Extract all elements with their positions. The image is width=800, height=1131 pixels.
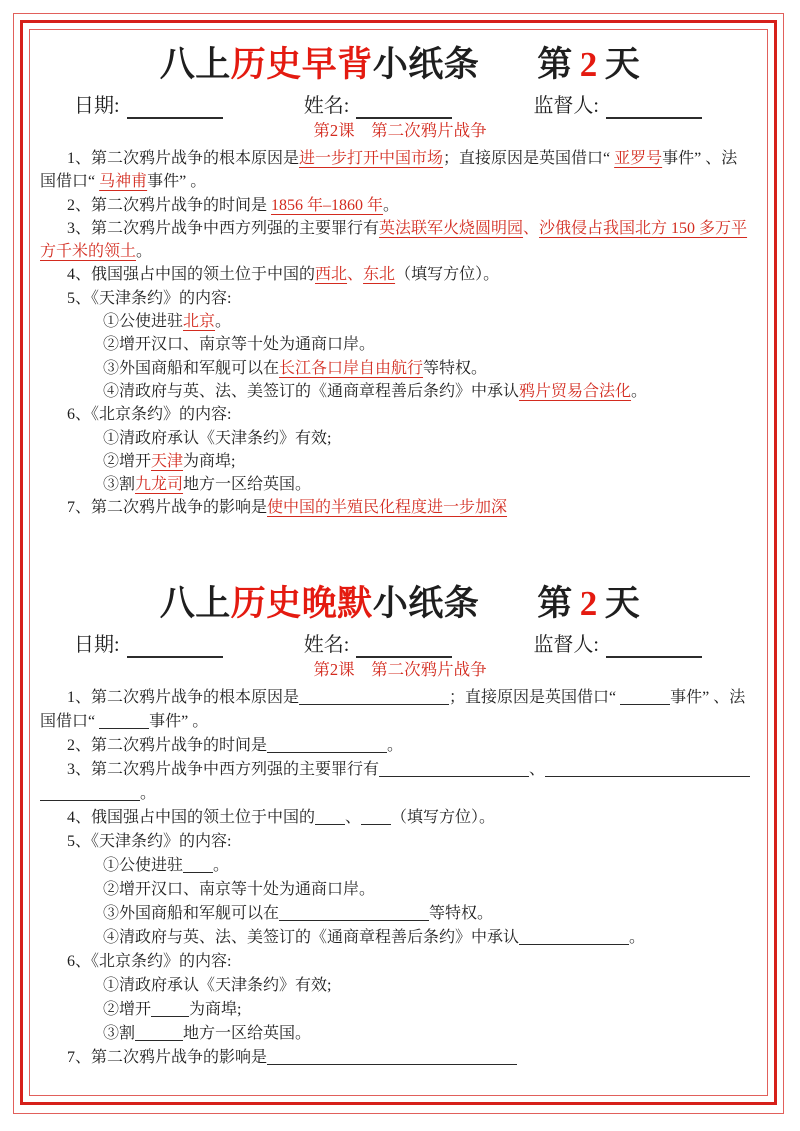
- text-segment: ③割: [103, 476, 135, 493]
- page-content: 八上历史早背小纸条第2天 日期: 姓名: 监督人: 第2课 第二次鸦片战争 1、…: [40, 30, 760, 1070]
- evening-dictation-section: 八上历史晚默小纸条第2天 日期: 姓名: 监督人: 第2课 第二次鸦片战争 1、…: [40, 569, 760, 1070]
- answer-segment: 、: [347, 266, 363, 283]
- name-label: 姓名:: [304, 93, 350, 119]
- answer-segment: 东北: [363, 266, 395, 283]
- fill-in-blank: [519, 932, 629, 945]
- name-field: 姓名:: [304, 93, 453, 119]
- content-line: ③割地方一区给英国。: [40, 1022, 760, 1046]
- text-segment: 地方一区给英国。: [183, 1025, 311, 1042]
- text-segment: 。: [136, 243, 152, 260]
- text-segment: 事件” 。: [147, 173, 206, 190]
- lesson-subtitle: 第2课 第二次鸦片战争: [40, 120, 760, 142]
- day-number: 2: [580, 45, 598, 84]
- day-label-post: 天: [605, 45, 641, 84]
- fill-in-blank: [315, 812, 345, 825]
- content-line: 4、俄国强占中国的领土位于中国的、（填写方位）。: [40, 806, 760, 830]
- text-segment: 。: [215, 313, 231, 330]
- text-segment: 。: [629, 929, 645, 946]
- section-body: 1、第二次鸦片战争的根本原因是；直接原因是英国借口“ 事件” 、法国借口“ 事件…: [40, 686, 760, 1070]
- name-blank: [356, 98, 452, 119]
- day-label-pre: 第: [537, 45, 573, 84]
- text-segment: ②增开: [103, 453, 151, 470]
- content-line: ②增开天津为商埠;: [40, 450, 760, 473]
- text-segment: 。: [140, 785, 156, 802]
- content-line: 4、俄国强占中国的领土位于中国的西北、东北（填写方位）。: [40, 263, 760, 286]
- text-segment: 国借口“: [40, 713, 99, 730]
- content-line: 5、《天津条约》的内容:: [40, 287, 760, 310]
- answer-segment: 使中国的半殖民化程度进一步加深: [267, 499, 507, 516]
- content-line: 7、第二次鸦片战争的影响是: [40, 1046, 760, 1070]
- text-segment: 3、第二次鸦片战争中西方列强的主要罪行有: [67, 761, 379, 778]
- content-line: ①公使进驻北京。: [40, 310, 760, 333]
- answer-segment: 马神甫: [99, 173, 147, 190]
- fill-in-blank: [99, 716, 149, 729]
- text-segment: 2、第二次鸦片战争的时间是: [67, 737, 267, 754]
- day-label-pre: 第: [537, 584, 573, 623]
- text-segment: 6、《北京条约》的内容:: [67, 406, 231, 423]
- header-fields: 日期: 姓名: 监督人:: [40, 87, 760, 119]
- text-segment: ①公使进驻: [103, 313, 183, 330]
- text-segment: ①清政府承认《天津条约》有效;: [103, 977, 331, 994]
- name-blank: [356, 637, 452, 658]
- date-field: 日期:: [74, 93, 223, 119]
- section-title: 八上历史早背小纸条第2天: [40, 30, 760, 87]
- text-segment: 地方一区给英国。: [183, 476, 311, 493]
- supervisor-blank: [606, 98, 702, 119]
- answer-segment: 沙俄侵占我国北方 150 多万平: [539, 220, 747, 237]
- text-segment: ②增开汉口、南京等十处为通商口岸。: [103, 336, 375, 353]
- content-line: 国借口“ 马神甫事件” 。: [40, 170, 760, 193]
- content-line: ①公使进驻。: [40, 854, 760, 878]
- content-line: ②增开为商埠;: [40, 998, 760, 1022]
- content-line: 2、第二次鸦片战争的时间是。: [40, 734, 760, 758]
- text-segment: 事件” 。: [149, 713, 208, 730]
- text-segment: 1、第二次鸦片战争的根本原因是: [67, 150, 299, 167]
- lesson-subtitle: 第2课 第二次鸦片战争: [40, 659, 760, 681]
- text-segment: ②增开: [103, 1001, 151, 1018]
- text-segment: 、: [345, 809, 361, 826]
- content-line: ①清政府承认《天津条约》有效;: [40, 427, 760, 450]
- text-segment: ④清政府与英、法、美签订的《通商章程善后条约》中承认: [103, 929, 519, 946]
- text-segment: 1、第二次鸦片战争的根本原因是: [67, 689, 299, 706]
- text-segment: ③割: [103, 1025, 135, 1042]
- text-segment: 3、第二次鸦片战争中西方列强的主要罪行有: [67, 220, 379, 237]
- text-segment: 、: [529, 761, 545, 778]
- text-segment: 4、俄国强占中国的领土位于中国的: [67, 809, 315, 826]
- name-field: 姓名:: [304, 632, 453, 658]
- title-text: 八上: [160, 584, 231, 623]
- fill-in-blank: [620, 692, 670, 705]
- date-blank: [127, 637, 223, 658]
- morning-recite-section: 八上历史早背小纸条第2天 日期: 姓名: 监督人: 第2课 第二次鸦片战争 1、…: [40, 30, 760, 520]
- section-body: 1、第二次鸦片战争的根本原因是进一步打开中国市场；直接原因是英国借口“ 亚罗号事…: [40, 147, 760, 520]
- fill-in-blank: [299, 692, 449, 705]
- answer-segment: 西北: [315, 266, 347, 283]
- content-line: 2、第二次鸦片战争的时间是 1856 年–1860 年。: [40, 194, 760, 217]
- answer-segment: 北京: [183, 313, 215, 330]
- text-segment: 7、第二次鸦片战争的影响是: [67, 1049, 267, 1066]
- supervisor-blank: [606, 637, 702, 658]
- text-segment: 国借口“: [40, 173, 99, 190]
- text-segment: ③外国商船和军舰可以在: [103, 905, 279, 922]
- answer-segment: 九龙司: [135, 476, 183, 493]
- text-segment: 事件” 、法: [670, 689, 745, 706]
- day-number: 2: [580, 584, 598, 623]
- fill-in-blank: [545, 764, 750, 777]
- fill-in-blank: [361, 812, 391, 825]
- content-line: 3、第二次鸦片战争中西方列强的主要罪行有、: [40, 758, 760, 782]
- text-segment: 6、《北京条约》的内容:: [67, 953, 231, 970]
- date-blank: [127, 98, 223, 119]
- content-line: 7、第二次鸦片战争的影响是使中国的半殖民化程度进一步加深: [40, 496, 760, 519]
- text-segment: 为商埠;: [183, 453, 235, 470]
- text-segment: ③外国商船和军舰可以在: [103, 360, 279, 377]
- text-segment: 。: [383, 197, 399, 214]
- supervisor-label: 监督人:: [533, 632, 599, 658]
- text-segment: （填写方位）。: [395, 266, 499, 283]
- date-label: 日期:: [74, 632, 120, 658]
- content-line: ④清政府与英、法、美签订的《通商章程善后条约》中承认。: [40, 926, 760, 950]
- content-line: ③外国商船和军舰可以在等特权。: [40, 902, 760, 926]
- supervisor-field: 监督人:: [533, 93, 702, 119]
- text-segment: （填写方位）。: [391, 809, 495, 826]
- answer-segment: 长江各口岸自由航行: [279, 360, 423, 377]
- text-segment: 。: [213, 857, 229, 874]
- text-segment: 事件” 、法: [662, 150, 737, 167]
- title-text: 小纸条: [373, 584, 480, 623]
- content-line: ②增开汉口、南京等十处为通商口岸。: [40, 333, 760, 356]
- fill-in-blank: [267, 1052, 517, 1065]
- text-segment: 。: [387, 737, 403, 754]
- content-line: 方千米的领土。: [40, 240, 760, 263]
- content-line: 国借口“ 事件” 。: [40, 710, 760, 734]
- text-segment: 。: [631, 383, 647, 400]
- answer-segment: 、: [523, 220, 539, 237]
- supervisor-field: 监督人:: [533, 632, 702, 658]
- date-field: 日期:: [74, 632, 223, 658]
- content-line: 5、《天津条约》的内容:: [40, 830, 760, 854]
- answer-segment: 方千米的领土: [40, 243, 136, 260]
- text-segment: 为商埠;: [189, 1001, 241, 1018]
- fill-in-blank: [379, 764, 529, 777]
- text-segment: ；直接原因是英国借口“: [449, 689, 620, 706]
- content-line: ②增开汉口、南京等十处为通商口岸。: [40, 878, 760, 902]
- text-segment: ；直接原因是英国借口“: [443, 150, 614, 167]
- content-line: ④清政府与英、法、美签订的《通商章程善后条约》中承认鸦片贸易合法化。: [40, 380, 760, 403]
- title-highlight: 历史早背: [231, 45, 373, 84]
- fill-in-blank: [279, 908, 429, 921]
- text-segment: 5、《天津条约》的内容:: [67, 833, 231, 850]
- text-segment: ①清政府承认《天津条约》有效;: [103, 430, 331, 447]
- text-segment: 5、《天津条约》的内容:: [67, 290, 231, 307]
- answer-segment: 进一步打开中国市场: [299, 150, 443, 167]
- fill-in-blank: [40, 788, 140, 801]
- content-line: 6、《北京条约》的内容:: [40, 950, 760, 974]
- answer-segment: 天津: [151, 453, 183, 470]
- text-segment: 等特权。: [423, 360, 487, 377]
- text-segment: ④清政府与英、法、美签订的《通商章程善后条约》中承认: [103, 383, 519, 400]
- content-line: 1、第二次鸦片战争的根本原因是进一步打开中国市场；直接原因是英国借口“ 亚罗号事…: [40, 147, 760, 170]
- text-segment: 7、第二次鸦片战争的影响是: [67, 499, 267, 516]
- answer-segment: 英法联军火烧圆明园: [379, 220, 523, 237]
- title-highlight: 历史晚默: [231, 584, 373, 623]
- answer-segment: 1856 年–1860 年: [271, 197, 383, 214]
- study-sheet-page: 八上历史早背小纸条第2天 日期: 姓名: 监督人: 第2课 第二次鸦片战争 1、…: [0, 0, 800, 1131]
- text-segment: ①公使进驻: [103, 857, 183, 874]
- content-line: 1、第二次鸦片战争的根本原因是；直接原因是英国借口“ 事件” 、法: [40, 686, 760, 710]
- day-label-post: 天: [605, 584, 641, 623]
- content-line: 。: [40, 782, 760, 806]
- text-segment: 4、俄国强占中国的领土位于中国的: [67, 266, 315, 283]
- answer-segment: 亚罗号: [614, 150, 662, 167]
- header-fields: 日期: 姓名: 监督人:: [40, 626, 760, 658]
- content-line: 3、第二次鸦片战争中西方列强的主要罪行有英法联军火烧圆明园、沙俄侵占我国北方 1…: [40, 217, 760, 240]
- answer-segment: 鸦片贸易合法化: [519, 383, 631, 400]
- text-segment: 2、第二次鸦片战争的时间是: [67, 197, 271, 214]
- fill-in-blank: [135, 1028, 183, 1041]
- fill-in-blank: [183, 860, 213, 873]
- name-label: 姓名:: [304, 632, 350, 658]
- supervisor-label: 监督人:: [533, 93, 599, 119]
- text-segment: 等特权。: [429, 905, 493, 922]
- content-line: ③外国商船和军舰可以在长江各口岸自由航行等特权。: [40, 357, 760, 380]
- date-label: 日期:: [74, 93, 120, 119]
- section-title: 八上历史晚默小纸条第2天: [40, 569, 760, 626]
- content-line: 6、《北京条约》的内容:: [40, 403, 760, 426]
- fill-in-blank: [267, 740, 387, 753]
- content-line: ③割九龙司地方一区给英国。: [40, 473, 760, 496]
- content-line: ①清政府承认《天津条约》有效;: [40, 974, 760, 998]
- title-text: 八上: [160, 45, 231, 84]
- title-text: 小纸条: [373, 45, 480, 84]
- text-segment: ②增开汉口、南京等十处为通商口岸。: [103, 881, 375, 898]
- fill-in-blank: [151, 1004, 189, 1017]
